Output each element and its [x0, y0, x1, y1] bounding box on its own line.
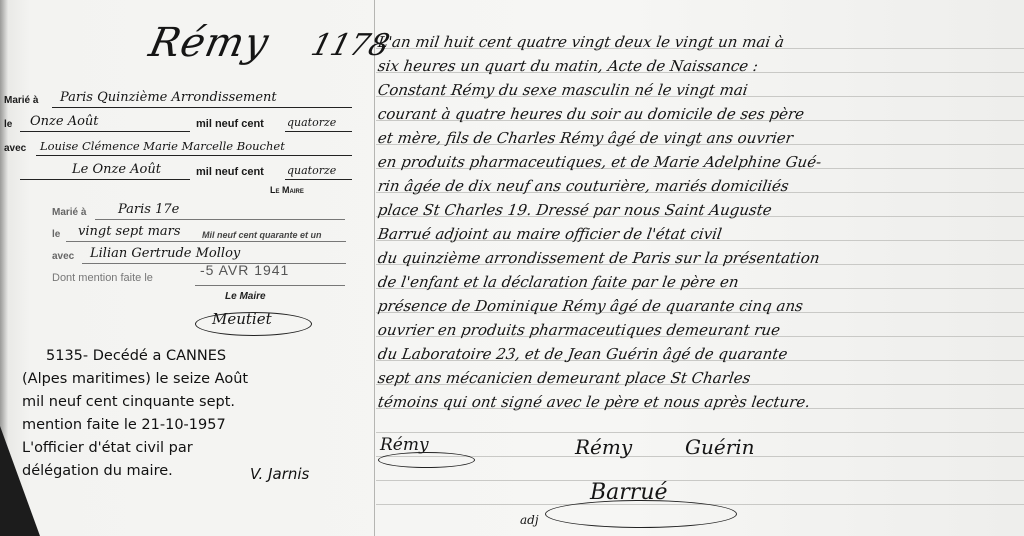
date-label: le [52, 229, 60, 240]
year-label: Mil neuf cent quarante et un [202, 230, 322, 240]
with-label: avec [52, 251, 74, 262]
married-place: Paris 17e [118, 202, 179, 217]
death-mention: 5135- Decédé a CANNES (Alpes maritimes) … [22, 345, 372, 483]
act-line: courant à quatre heures du soir au domic… [376, 102, 1019, 126]
married-place: Paris Quinzième Arrondissement [60, 90, 277, 105]
date-label: le [4, 119, 12, 130]
marriage-date: vingt sept mars [78, 224, 181, 239]
signature-officer-title: adj [520, 513, 539, 527]
married-label: Marié à [52, 207, 86, 218]
signature-witness-guerin: Guérin [685, 435, 755, 459]
act-line: Barrué adjoint au maire officier de l'ét… [376, 222, 1019, 246]
death-line: 5135- Decédé a CANNES [22, 345, 372, 368]
signature-flourish [195, 312, 312, 336]
act-line: de l'enfant et la déclaration faite par … [376, 270, 1019, 294]
mayor-label: Le Maire [225, 291, 266, 302]
mayor-label: Le Maire [270, 185, 304, 195]
document-page: Rémy 1178 Marié à Paris Quinzième Arrond… [0, 0, 1024, 536]
signature-witness-remy: Rémy [575, 435, 632, 459]
death-line: L'officier d'état civil par [22, 437, 372, 460]
signature-flourish [545, 500, 737, 528]
margin-divider [374, 0, 375, 536]
death-line: délégation du maire. [22, 460, 372, 483]
mention-date-stamp: -5 AVR 1941 [200, 262, 289, 278]
act-line: du quinzième arrondissement de Paris sur… [376, 246, 1019, 270]
death-line: mil neuf cent cinquante sept. [22, 391, 372, 414]
signature-flourish [378, 452, 475, 468]
spouse-name: Lilian Gertrude Molloy [90, 246, 240, 261]
marriage-date: Onze Août [30, 114, 99, 129]
marriage-year: quatorze [287, 116, 336, 129]
act-line: L'an mil huit cent quatre vingt deux le … [376, 30, 1019, 54]
death-line: mention faite le 21-10-1957 [22, 414, 372, 437]
death-line: (Alpes maritimes) le seize Août [22, 368, 372, 391]
with-label: avec [4, 143, 26, 154]
act-line: en produits pharmaceutiques, et de Marie… [376, 150, 1019, 174]
act-line: présence de Dominique Rémy âgé de quaran… [376, 294, 1019, 318]
marriage-date-repeat: Le Onze Août [72, 162, 161, 177]
marriage-year-repeat: quatorze [287, 164, 336, 177]
year-label: mil neuf cent [196, 166, 264, 178]
act-line: et mère, fils de Charles Rémy âgé de vin… [376, 126, 1019, 150]
act-line: Constant Rémy du sexe masculin né le vin… [376, 78, 1019, 102]
act-line: place St Charles 19. Dressé par nous Sai… [376, 198, 1019, 222]
act-line: ouvrier en produits pharmaceutiques deme… [376, 318, 1019, 342]
act-line: rin âgée de dix neuf ans couturière, mar… [376, 174, 1019, 198]
act-line: six heures un quart du matin, Acte de Na… [376, 54, 1019, 78]
act-line: du Laboratoire 23, et de Jean Guérin âgé… [376, 342, 1019, 366]
act-body: L'an mil huit cent quatre vingt deux le … [378, 30, 1018, 414]
officer-signature: V. Jarnis [250, 463, 309, 486]
spouse-name: Louise Clémence Marie Marcelle Bouchet [40, 139, 285, 153]
year-label: mil neuf cent [196, 118, 264, 130]
mention-label: Dont mention faite le [52, 272, 153, 284]
married-label: Marié à [4, 95, 38, 106]
act-line: sept ans mécanicien demeurant place St C… [376, 366, 1019, 390]
record-surname: Rémy [145, 20, 273, 66]
act-line: témoins qui ont signé avec le père et no… [376, 390, 1019, 414]
